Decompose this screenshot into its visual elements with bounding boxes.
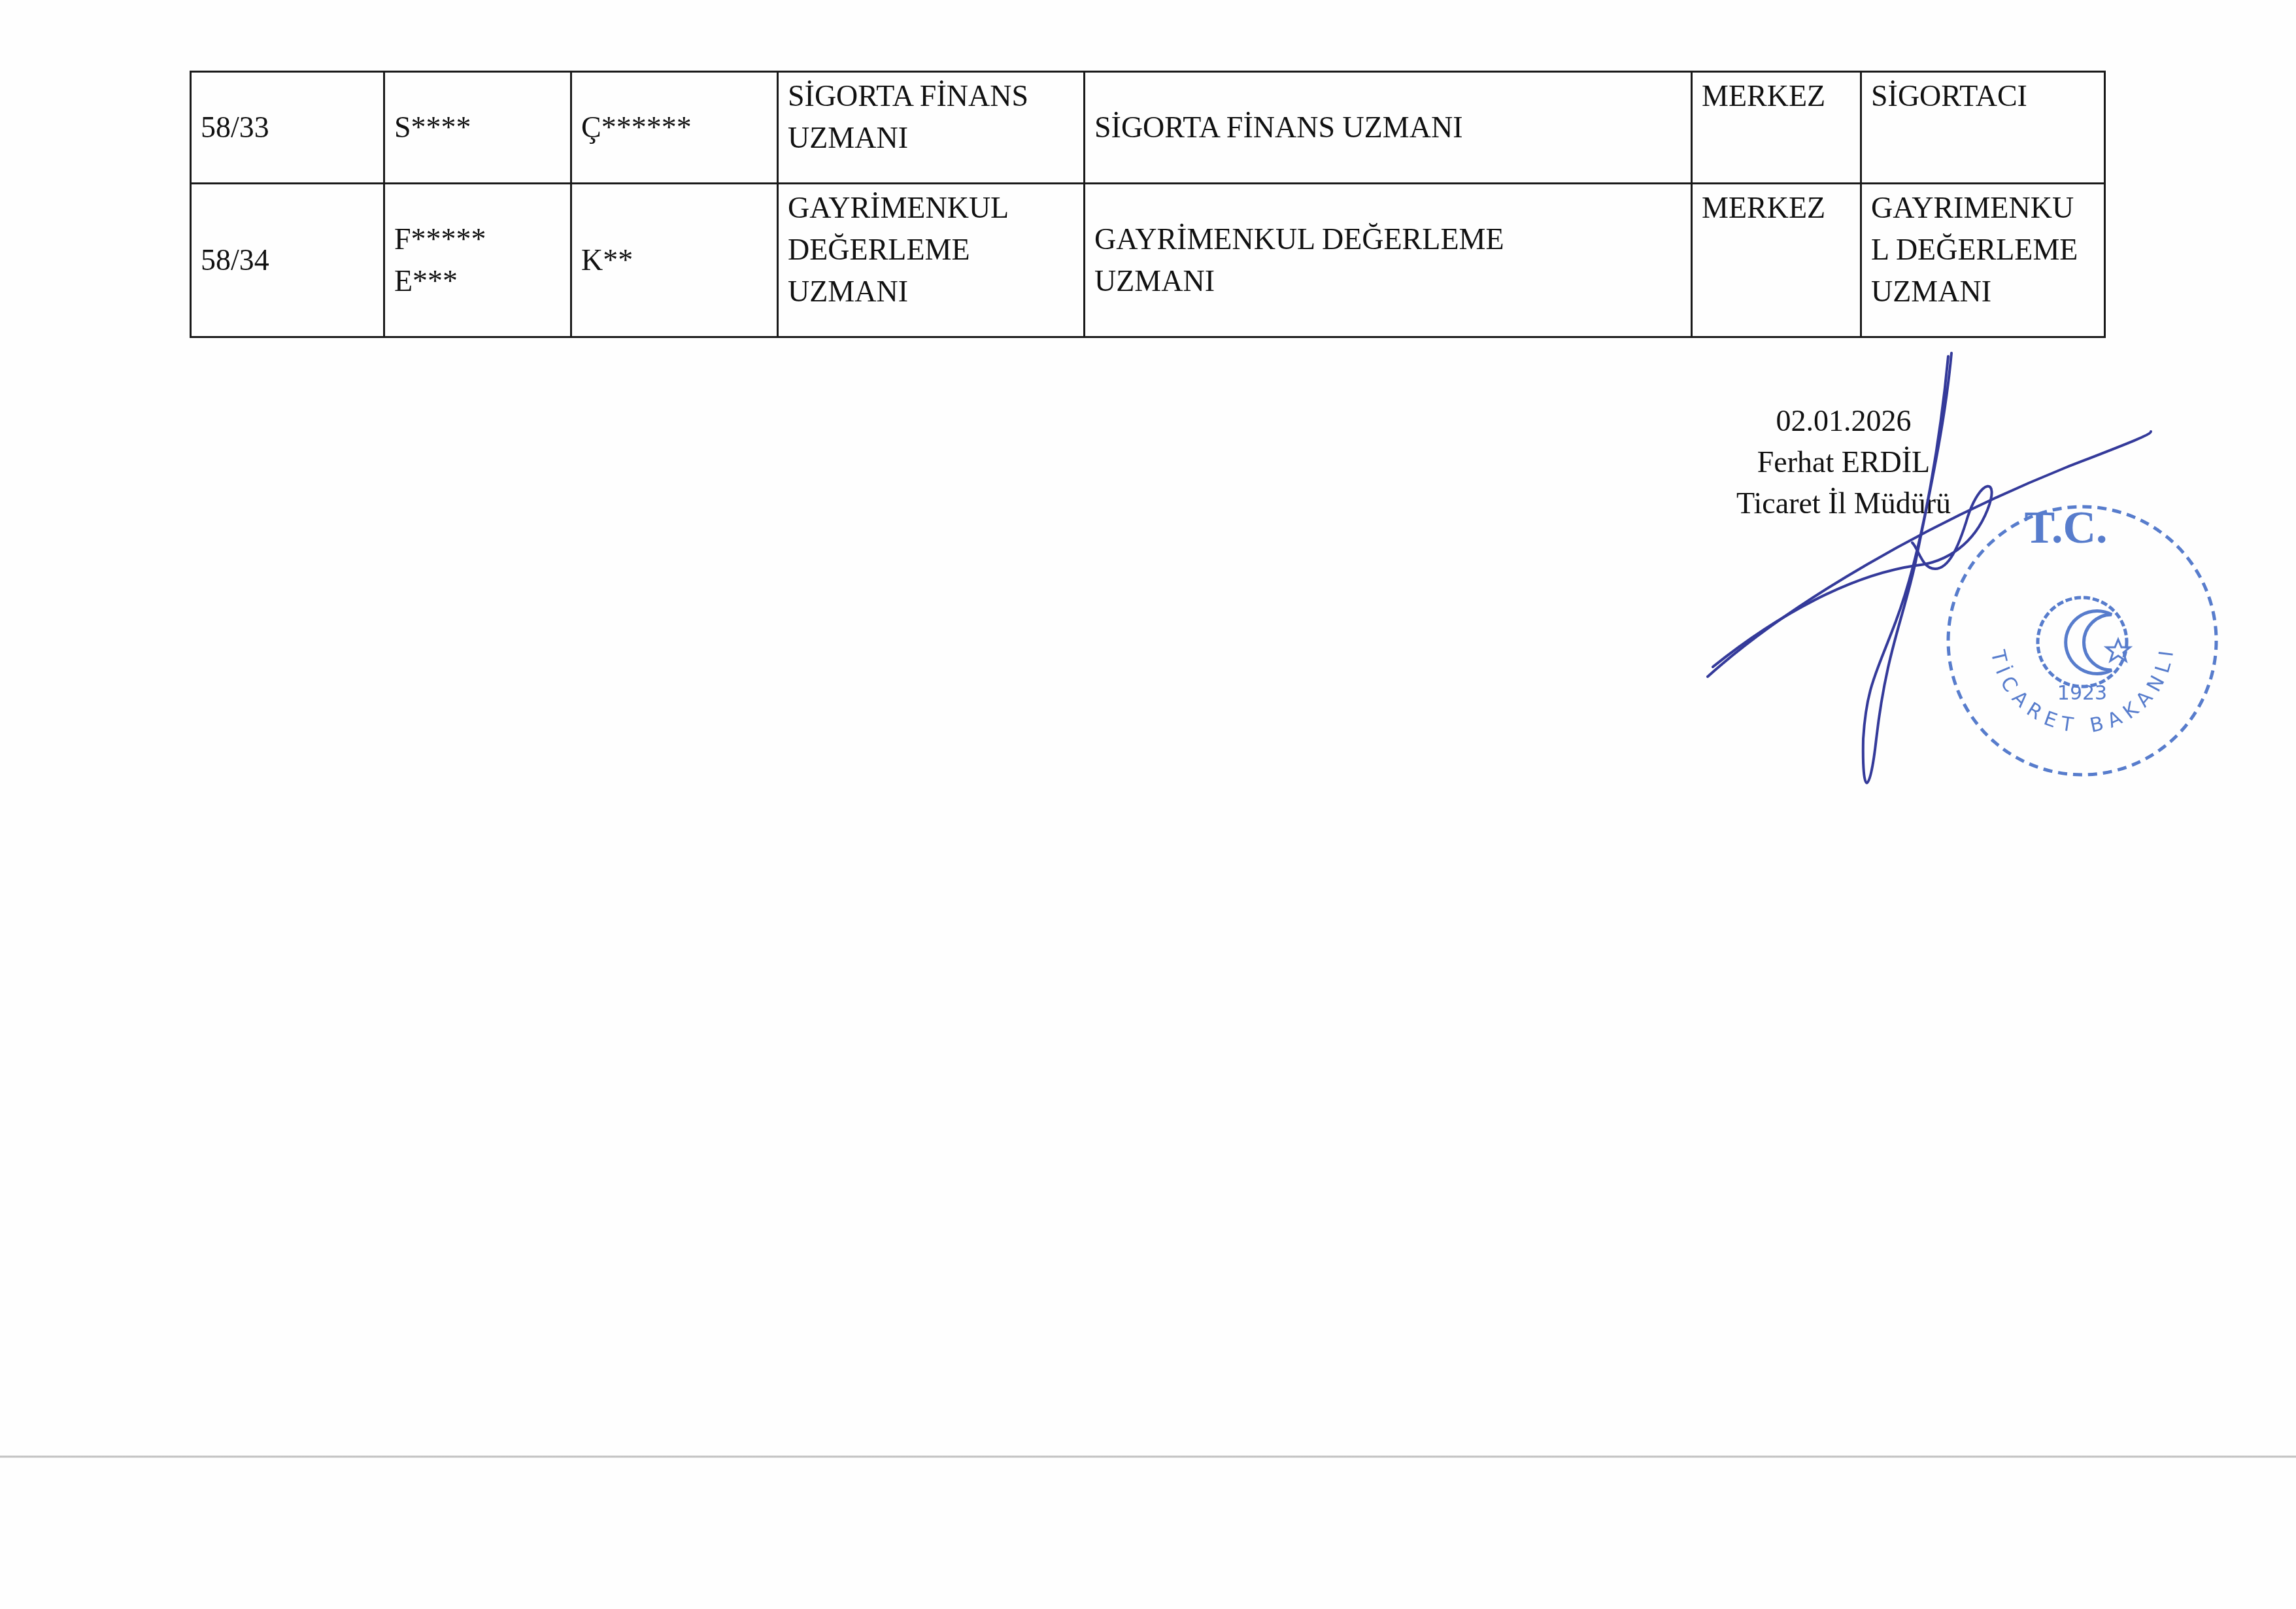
cell-branch: GAYRIMENKU L DEĞERLEME UZMANI bbox=[1861, 184, 2105, 337]
personnel-table: 58/33 S**** Ç****** SİGORTA FİNANS UZMAN… bbox=[190, 71, 2106, 338]
document-page: 58/33 S**** Ç****** SİGORTA FİNANS UZMAN… bbox=[0, 0, 2296, 1609]
cell-location: MERKEZ bbox=[1692, 184, 1861, 337]
cell-last-name: Ç****** bbox=[571, 72, 778, 184]
signatory-title: Ticaret İl Müdürü bbox=[1674, 483, 2014, 524]
cell-first-name: F***** E*** bbox=[384, 184, 571, 337]
cell-last-name: K** bbox=[571, 184, 778, 337]
cell-branch: SİGORTACI bbox=[1861, 72, 2105, 184]
cell-no: 58/33 bbox=[191, 72, 384, 184]
signatory-name: Ferhat ERDİL bbox=[1674, 441, 2014, 483]
cell-location: MERKEZ bbox=[1692, 72, 1861, 184]
stamp-year: 1923 bbox=[2057, 682, 2107, 705]
cell-no: 58/34 bbox=[191, 184, 384, 337]
table-row: 58/33 S**** Ç****** SİGORTA FİNANS UZMAN… bbox=[191, 72, 2105, 184]
cell-title: SİGORTA FİNANS UZMANI bbox=[778, 72, 1085, 184]
cell-position: SİGORTA FİNANS UZMANI bbox=[1085, 72, 1692, 184]
signature-block: 02.01.2026 Ferhat ERDİL Ticaret İl Müdür… bbox=[1674, 400, 2014, 524]
signature-date: 02.01.2026 bbox=[1674, 400, 2014, 441]
scan-fold-line bbox=[0, 1455, 2296, 1458]
cell-title: GAYRİMENKUL DEĞERLEME UZMANI bbox=[778, 184, 1085, 337]
cell-first-name: S**** bbox=[384, 72, 571, 184]
table-row: 58/34 F***** E*** K** GAYRİMENKUL DEĞERL… bbox=[191, 184, 2105, 337]
cell-position: GAYRİMENKUL DEĞERLEME UZMANI bbox=[1085, 184, 1692, 337]
stamp-top-text: T.C. bbox=[2024, 503, 2107, 553]
